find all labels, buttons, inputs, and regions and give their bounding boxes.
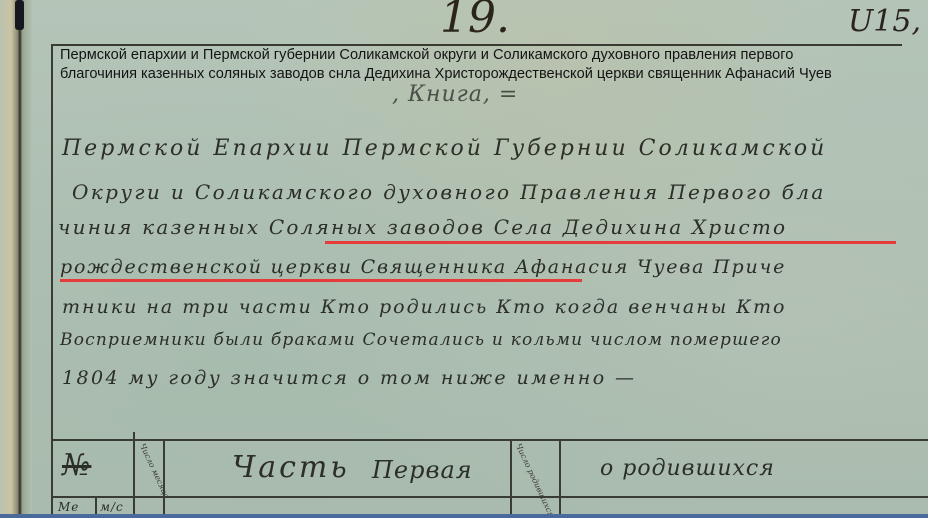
handwritten-line-6: Восприемники были браками Сочетались и к… bbox=[60, 330, 782, 350]
table-bottom-mark-1: Ме bbox=[58, 500, 79, 514]
page-number-corner: U15, bbox=[848, 4, 921, 39]
table-col-rule-3 bbox=[510, 439, 512, 518]
table-number-mark: № bbox=[62, 448, 91, 483]
handwritten-line-1: Пермской Епархии Пермской Губернии Солик… bbox=[62, 136, 827, 161]
table-title-part: Часть bbox=[232, 450, 350, 485]
red-underline-1 bbox=[325, 241, 896, 244]
red-underline-2 bbox=[60, 279, 582, 282]
torn-binding-edge bbox=[0, 0, 32, 518]
handwritten-line-3: чиния казенных Соляных заводов Села Деди… bbox=[58, 215, 787, 239]
table-col-rule-1 bbox=[133, 432, 135, 518]
table-date-label: Число месяца bbox=[138, 442, 171, 500]
table-right-title: о родившихся bbox=[600, 456, 775, 481]
caption-line-1: Пермской епархии и Пермской губернии Сол… bbox=[60, 46, 920, 65]
document-scan: 19. U15, Пермской епархии и Пермской губ… bbox=[0, 0, 928, 518]
handwritten-heading: , Книга, = bbox=[392, 82, 518, 107]
page-number-center: 19. bbox=[440, 0, 510, 43]
table-col-rule-4 bbox=[559, 439, 561, 518]
table-title-first: Первая bbox=[372, 456, 473, 484]
overlay-caption: Пермской епархии и Пермской губернии Сол… bbox=[60, 46, 920, 84]
handwritten-line-2: Округи и Соликамского духовного Правлени… bbox=[72, 180, 826, 204]
binding-shadow bbox=[15, 0, 24, 30]
table-bottom-mark-2: м/с bbox=[100, 500, 124, 514]
handwritten-line-5: тники на три части Кто родились Кто когд… bbox=[62, 296, 786, 318]
table-top-rule bbox=[52, 439, 928, 441]
handwritten-line-4: рождественской церкви Священника Афанаси… bbox=[60, 256, 786, 278]
table-births-label: Число родившихся bbox=[514, 442, 556, 518]
left-margin-rule bbox=[51, 44, 53, 518]
bottom-border-bar bbox=[0, 514, 928, 518]
handwritten-line-7: 1804 му году значится о том ниже именно … bbox=[62, 367, 636, 389]
table-mid-rule bbox=[52, 496, 928, 498]
caption-line-2: благочиния казенных соляных заводов снла… bbox=[60, 65, 920, 84]
